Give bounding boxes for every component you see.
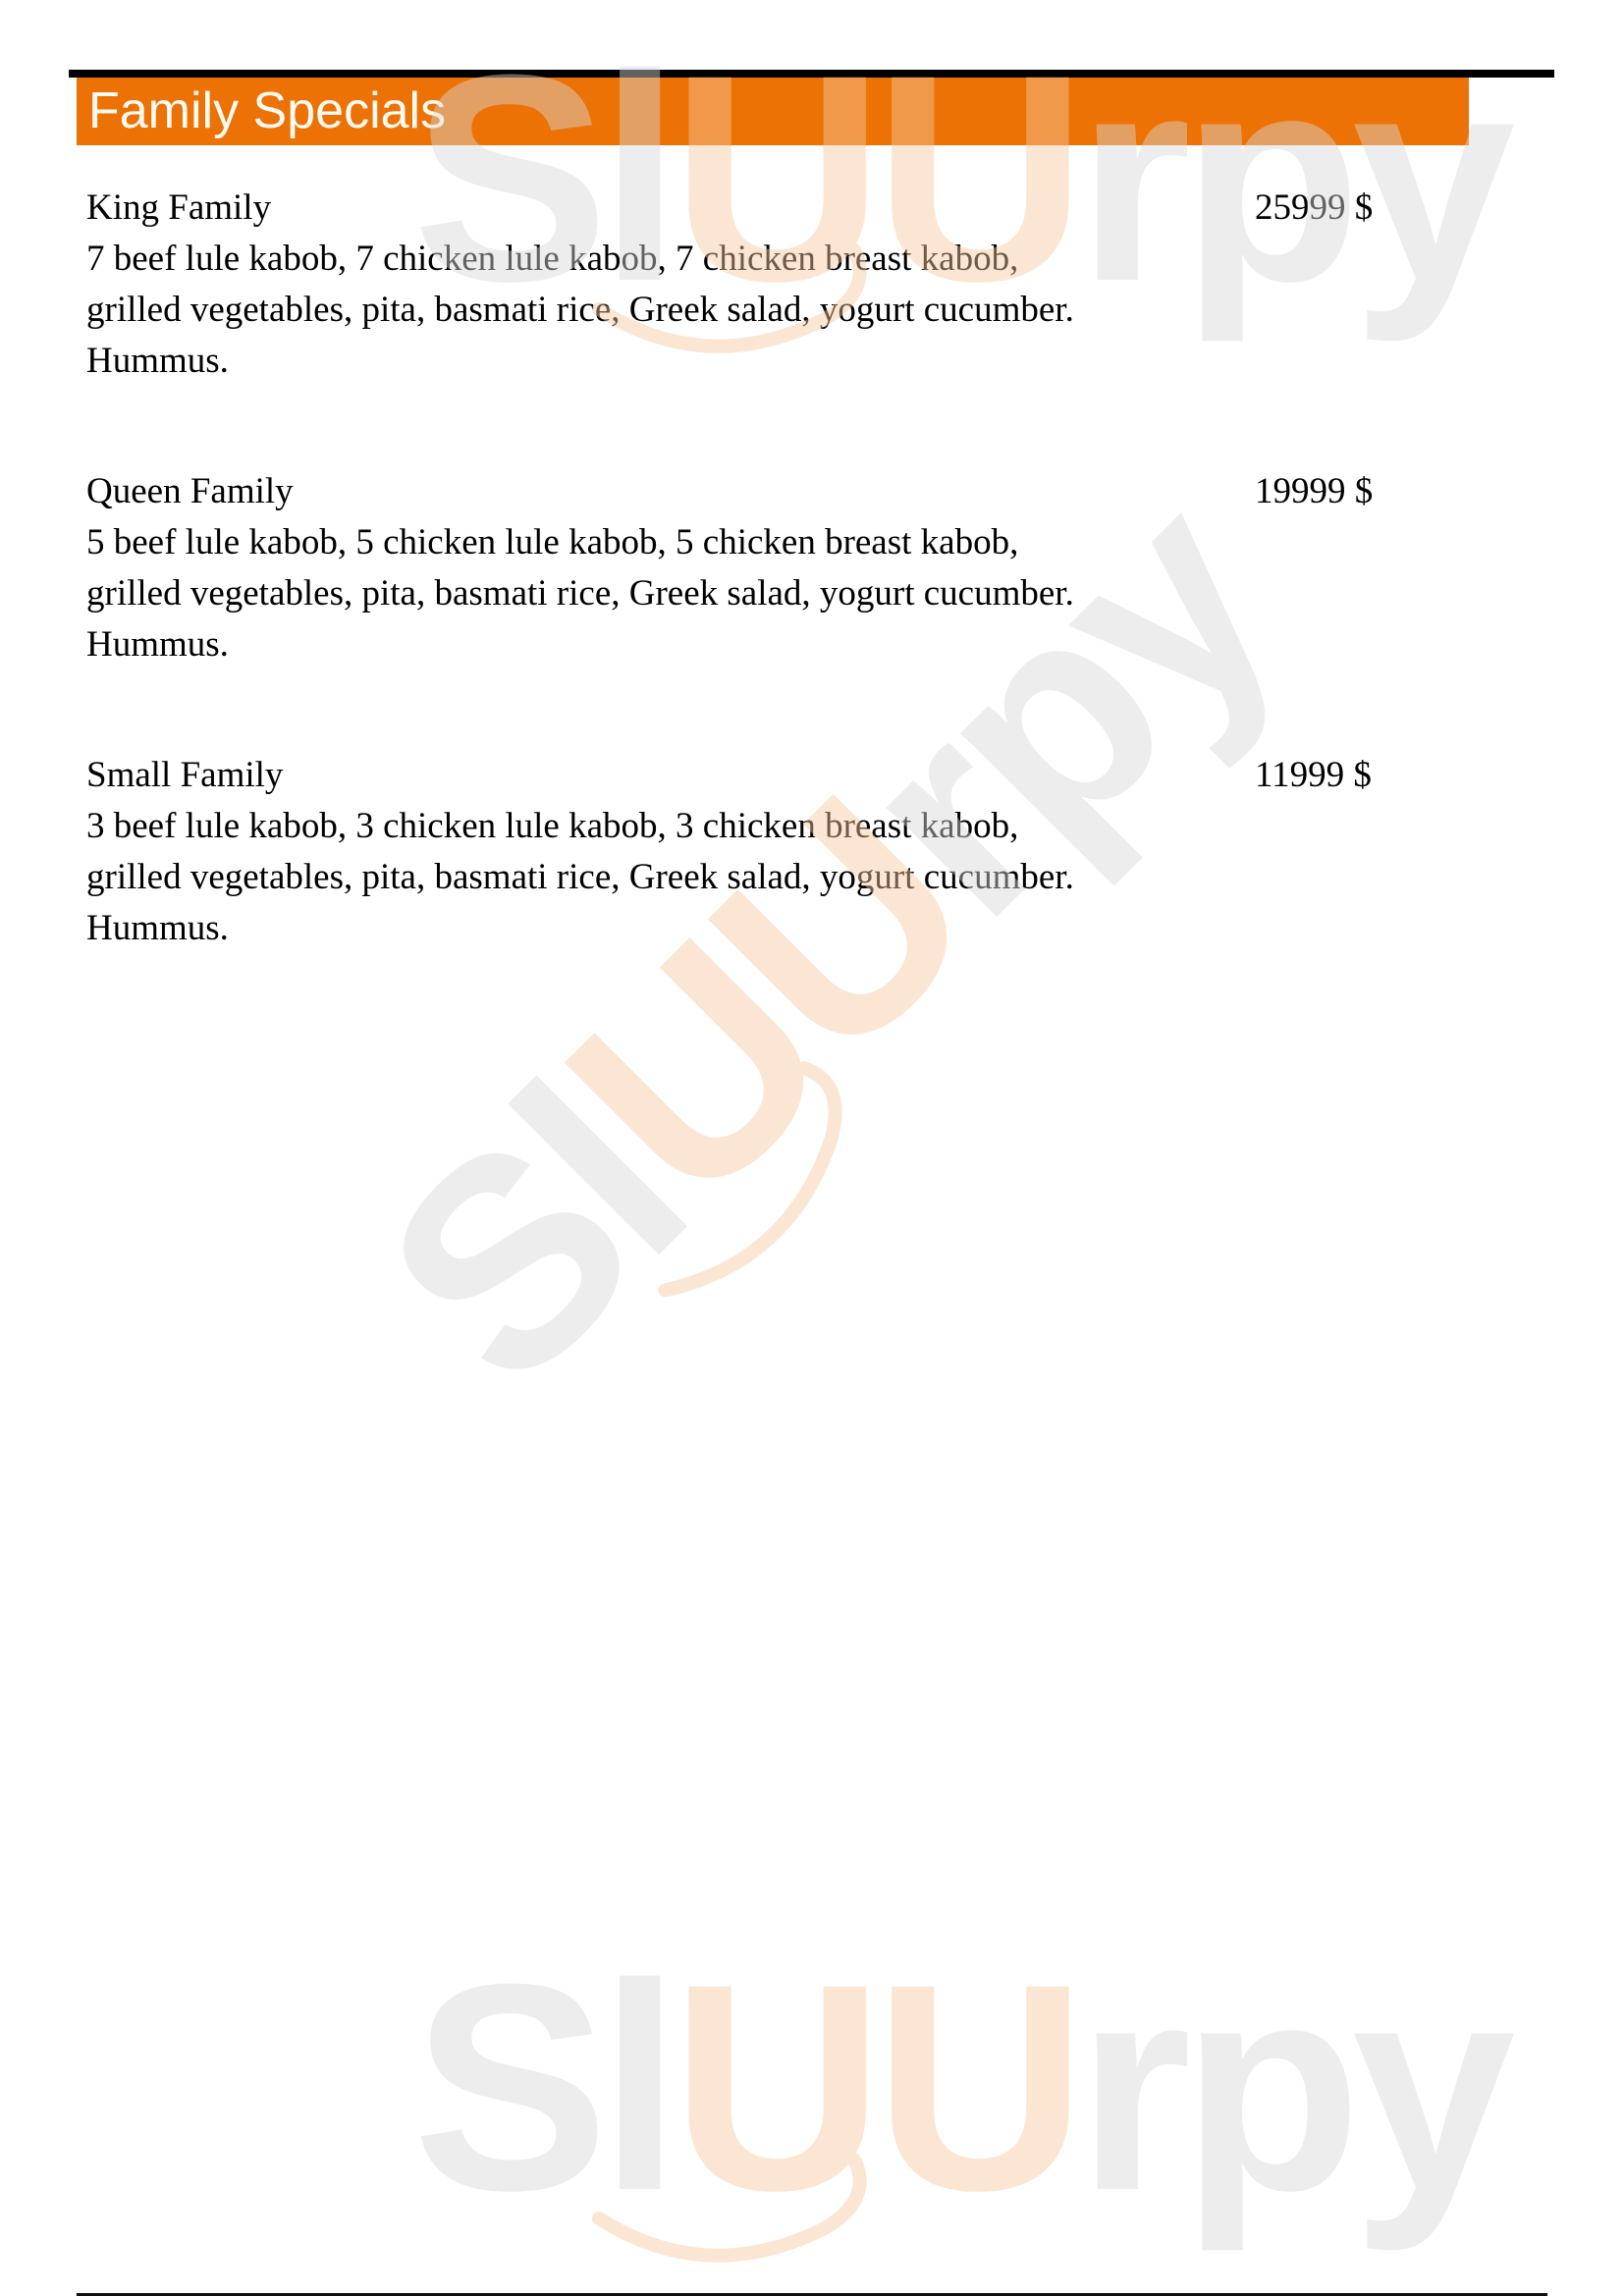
watermark-logo-bottom: SlUUrpy xyxy=(412,1963,1227,2277)
description-line: 3 beef lule kabob, 3 chicken lule kabob,… xyxy=(86,801,1481,852)
menu-page: Family Specials King Family 25999 $ 7 be… xyxy=(0,0,1624,2296)
description-line: 7 beef lule kabob, 7 chicken lule kabob,… xyxy=(86,234,1481,285)
description-line: Hummus. xyxy=(86,336,1481,387)
item-price: 19999 $ xyxy=(1255,466,1373,517)
description-line: 5 beef lule kabob, 5 chicken lule kabob,… xyxy=(86,517,1481,568)
item-description: 7 beef lule kabob, 7 chicken lule kabob,… xyxy=(86,234,1481,387)
item-price: 25999 $ xyxy=(1255,183,1373,234)
section-header: Family Specials xyxy=(77,78,1469,145)
description-line: Hummus. xyxy=(86,903,1481,954)
section-title: Family Specials xyxy=(88,83,446,138)
item-price: 11999 $ xyxy=(1255,750,1372,801)
menu-item-small-family: Small Family 11999 $ 3 beef lule kabob, … xyxy=(86,750,1481,954)
menu-item-king-family: King Family 25999 $ 7 beef lule kabob, 7… xyxy=(86,183,1481,387)
description-line: grilled vegetables, pita, basmati rice, … xyxy=(86,285,1481,336)
description-line: grilled vegetables, pita, basmati rice, … xyxy=(86,568,1481,619)
svg-text:SlUUrpy: SlUUrpy xyxy=(412,1922,1518,2254)
top-rule xyxy=(69,70,1554,78)
description-line: grilled vegetables, pita, basmati rice, … xyxy=(86,852,1481,903)
description-line: Hummus. xyxy=(86,619,1481,670)
menu-item-queen-family: Queen Family 19999 $ 5 beef lule kabob, … xyxy=(86,466,1481,670)
item-description: 3 beef lule kabob, 3 chicken lule kabob,… xyxy=(86,801,1481,954)
item-description: 5 beef lule kabob, 5 chicken lule kabob,… xyxy=(86,517,1481,670)
